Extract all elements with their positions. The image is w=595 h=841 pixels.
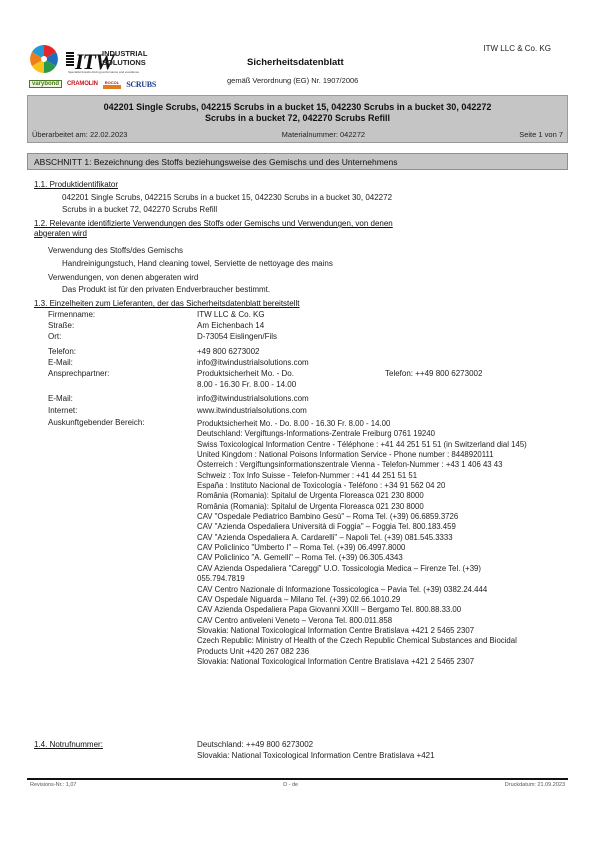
label-street: Straße: bbox=[48, 321, 74, 331]
company-logo: ITW INDUSTRIAL SOLUTIONS Specialist bran… bbox=[29, 44, 154, 92]
subsection-1-4-heading: 1.4. Notrufnummer: bbox=[34, 740, 103, 750]
pinwheel-logo-icon bbox=[29, 44, 59, 74]
label-email-2: E-Mail: bbox=[48, 394, 73, 404]
company-name-header: ITW LLC & Co. KG bbox=[483, 44, 551, 54]
language-code: D - de bbox=[283, 782, 298, 789]
advised-against-value: Das Produkt ist für den privaten Endverb… bbox=[62, 285, 270, 295]
value-company: ITW LLC & Co. KG bbox=[197, 310, 265, 320]
info-line: România (Romania): Spitalul de Urgenta F… bbox=[197, 502, 527, 512]
revision-number: Revisions-Nr.: 1,07 bbox=[30, 782, 76, 789]
info-line: CAV Centro antiveleni Veneto – Verona Te… bbox=[197, 616, 527, 626]
info-line: Österreich : Vergiftungsinformationszent… bbox=[197, 460, 527, 470]
page-number: Seite 1 von 7 bbox=[519, 130, 563, 139]
footer-divider bbox=[27, 778, 568, 780]
advised-against-label: Verwendungen, von denen abgeraten wird bbox=[48, 273, 198, 283]
value-contact-phone: Telefon: ++49 800 6273002 bbox=[385, 369, 482, 379]
emergency-number-line2: Slovakia: National Toxicological Informa… bbox=[197, 751, 435, 761]
info-line: Schweiz : Tox Info Suisse - Telefon-Numm… bbox=[197, 471, 527, 481]
subsection-1-3-heading: 1.3. Einzelheiten zum Lieferanten, der d… bbox=[34, 299, 300, 309]
label-email: E-Mail: bbox=[48, 358, 73, 368]
info-line: CAV Policlinico "Umberto I" – Roma Tel. … bbox=[197, 543, 527, 553]
print-date: Druckdatum: 21.09.2023 bbox=[505, 782, 565, 789]
label-phone: Telefon: bbox=[48, 347, 76, 357]
product-meta: Überarbeitet am: 22.02.2023 Materialnumm… bbox=[32, 130, 563, 139]
label-city: Ort: bbox=[48, 332, 61, 342]
document-title: Sicherheitsdatenblatt bbox=[247, 57, 344, 68]
emergency-number-line1: Deutschland: ++49 800 6273002 bbox=[197, 740, 313, 750]
label-internet: Internet: bbox=[48, 406, 77, 416]
info-line: CAV Ospedale Niguarda – Milano Tel. (+39… bbox=[197, 595, 527, 605]
document-subtitle: gemäß Verordnung (EG) Nr. 1907/2006 bbox=[227, 76, 358, 85]
label-info-area: Auskunftgebender Bereich: bbox=[48, 418, 145, 428]
label-contact: Ansprechpartner: bbox=[48, 369, 109, 379]
value-email-2[interactable]: info@itwindustrialsolutions.com bbox=[197, 394, 309, 404]
value-phone: +49 800 6273002 bbox=[197, 347, 260, 357]
section-1-heading: ABSCHNITT 1: Bezeichnung des Stoffs bezi… bbox=[27, 153, 568, 170]
brand-rocol: ROCOL bbox=[103, 80, 121, 89]
subsection-1-1-heading: 1.1. Produktidentifikator bbox=[34, 180, 118, 190]
info-line: España : Instituto Nacional de Toxicolog… bbox=[197, 481, 527, 491]
use-value: Handreinigungstuch, Hand cleaning towel,… bbox=[62, 259, 333, 269]
subsection-1-2-heading: 1.2. Relevante identifizierte Verwendung… bbox=[34, 219, 393, 238]
use-label: Verwendung des Stoffs/des Gemischs bbox=[48, 246, 183, 256]
value-internet[interactable]: www.itwindustrialsolutions.com bbox=[197, 406, 307, 416]
info-line: CAV Azienda Ospedaliera "Careggi" U.O. T… bbox=[197, 564, 527, 585]
revised-date: Überarbeitet am: 22.02.2023 bbox=[32, 130, 127, 139]
page-footer: Revisions-Nr.: 1,07 D - de Druckdatum: 2… bbox=[30, 782, 565, 789]
info-area-list: Produktsicherheit Mo. - Do. 8.00 - 16.30… bbox=[197, 419, 527, 667]
info-line: Deutschland: Vergiftungs-Informations-Ze… bbox=[197, 429, 527, 439]
info-line: CAV "Ospedale Pediatrico Bambino Gesù" –… bbox=[197, 512, 527, 522]
info-line: CAV Centro Nazionale di Informazione Tos… bbox=[197, 585, 527, 595]
product-header-box: 042201 Single Scrubs, 042215 Scrubs in a… bbox=[27, 95, 568, 143]
brand-varybond: varybond bbox=[29, 80, 62, 88]
product-identifier-line2: Scrubs in a bucket 72, 042270 Scrubs Ref… bbox=[62, 205, 217, 215]
info-line: CAV "Azienda Ospedaliera A. Cardarelli" … bbox=[197, 533, 527, 543]
product-identifier-line1: 042201 Single Scrubs, 042215 Scrubs in a… bbox=[62, 193, 392, 203]
info-line: Produktsicherheit Mo. - Do. 8.00 - 16.30… bbox=[197, 419, 527, 429]
logo-tagline: Specialist brands driving performance an… bbox=[68, 71, 139, 75]
info-line: Czech Republic: Ministry of Health of th… bbox=[197, 636, 527, 657]
value-street: Am Eichenbach 14 bbox=[197, 321, 264, 331]
value-email[interactable]: info@itwindustrialsolutions.com bbox=[197, 358, 309, 368]
info-line: CAV "Azienda Ospedaliera Università di F… bbox=[197, 522, 527, 532]
label-company: Firmenname: bbox=[48, 310, 95, 320]
info-line: CAV Azienda Ospedaliera Papa Giovanni XX… bbox=[197, 605, 527, 615]
info-line: România (Romania): Spitalul de Urgenta F… bbox=[197, 491, 527, 501]
product-name: 042201 Single Scrubs, 042215 Scrubs in a… bbox=[28, 102, 567, 124]
info-line: CAV Policlinico "A. Gemelli" – Roma Tel.… bbox=[197, 553, 527, 563]
material-number: Materialnummer: 042272 bbox=[282, 130, 365, 139]
brand-scrubs: SCRUBS bbox=[126, 80, 156, 89]
info-line: Slovakia: National Toxicological Informa… bbox=[197, 626, 527, 636]
itw-wordmark-sub: INDUSTRIAL SOLUTIONS bbox=[102, 49, 147, 67]
info-line: Slovakia: National Toxicological Informa… bbox=[197, 657, 527, 667]
value-contact: Produktsicherheit Mo. - Do. bbox=[197, 369, 294, 379]
brand-cramolin: CRAMOLIN bbox=[67, 81, 98, 87]
info-line: Swiss Toxicological Information Centre -… bbox=[197, 440, 527, 450]
value-contact-hours: 8.00 - 16.30 Fr. 8.00 - 14.00 bbox=[197, 380, 296, 390]
info-line: United Kingdom : National Poisons Inform… bbox=[197, 450, 527, 460]
brand-logos: varybond CRAMOLIN ROCOL SCRUBS bbox=[29, 78, 156, 90]
value-city: D-73054 Eislingen/Fils bbox=[197, 332, 277, 342]
